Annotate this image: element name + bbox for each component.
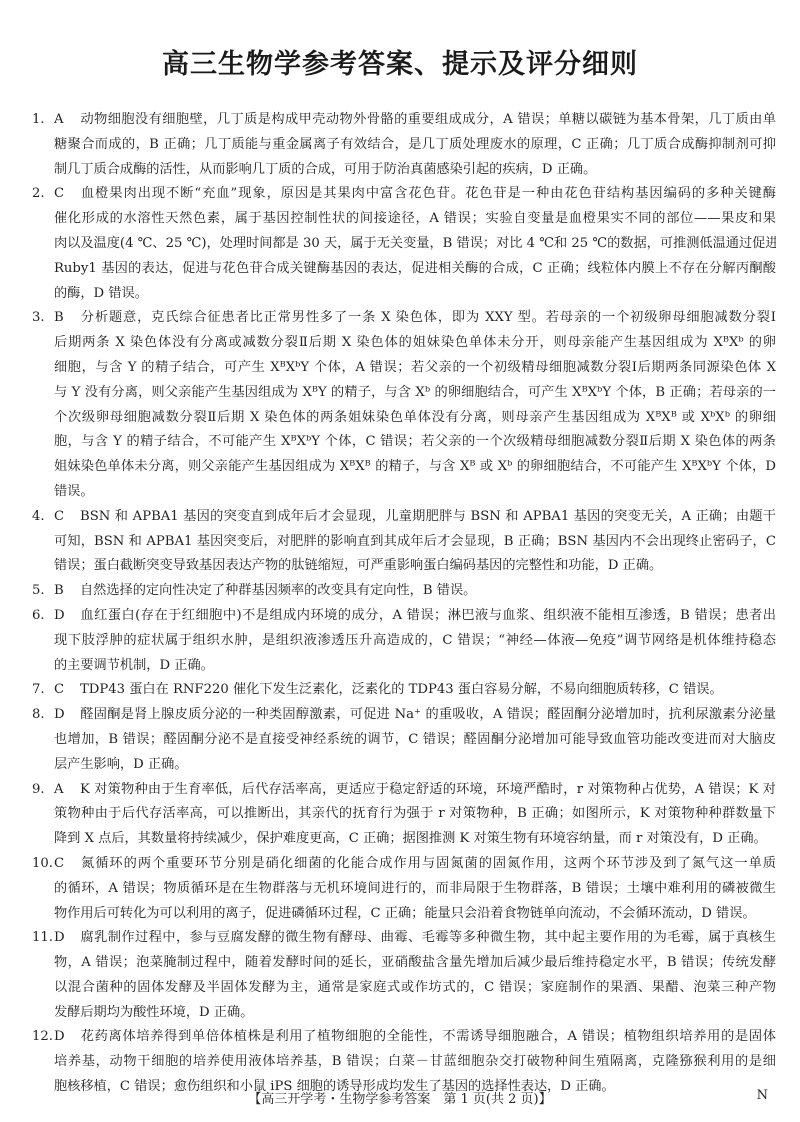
item-text: 培养基，动物干细胞的培养使用液体培养基，B 错误；白菜－甘蓝细胞杂交打破物种间生… [32, 1050, 776, 1075]
item-text: 后期两条 X 染色体没有分离或减数分裂Ⅱ后期 X 染色体的姐妹染色单体未分开，则… [32, 331, 776, 356]
item-text: 物作用后可转化为可以利用的离子，促进磷循环过程，C 正确；能量只会沿着食物链单向… [32, 902, 776, 927]
item-text: 个次级卵母细胞减数分裂Ⅱ后期 X 染色体的两条姐妹染色单体没有分离，则母亲产生基… [32, 406, 776, 431]
item-text: 胞，与含 Y 的精子结合，不可能产生 XᴮXᵇY 个体，C 错误；若父亲的一个次… [32, 430, 776, 455]
item-text: 制几丁质合成酶的活性，从而影响几丁质的合成，可用于防治真菌感染引起的疾病，D 正… [32, 158, 776, 183]
item-text: 血橙果肉出现不断“充血”现象，原因是其果肉中富含花色苷。花色苷是一种由花色苷结构… [80, 186, 776, 201]
item-text: 与 Y 没有分离，则父亲能产生基因组成为 XᴮY 的精子，与含 Xᵇ 的卵细胞结… [32, 381, 776, 406]
item-text: 细胞，与含 Y 的精子结合，可产生 XᴮXᵇY 个体，A 错误；若父亲的一个初级… [32, 356, 776, 381]
item-text: K 对策物种由于生育率低，后代存活率高，更适应于稳定舒适的环境，环境严酷时，r … [80, 782, 776, 797]
answer-item-7: 7.CTDP43 蛋白在 RNF220 催化下发生泛素化，泛素化的 TDP43 … [32, 678, 776, 703]
answer-item-3: 3.B分析题意，克氏综合征患者比正常男性多了一条 X 染色体，即为 XXY 型。… [32, 306, 776, 504]
item-answer: C [54, 182, 80, 207]
item-text: 发酵后期均为酸性环境，D 正确。 [32, 1001, 776, 1026]
item-text: 现下肢浮肿的症状属于组织水肿，是组织液渗透压升高造成的，C 错误；“神经—体液—… [32, 629, 776, 654]
footer-version-mark: N [757, 1088, 768, 1103]
answer-item-10: 10.C氮循环的两个重要环节分别是硝化细菌的化能合成作用与固氮菌的固氮作用，这两… [32, 852, 776, 926]
item-number: 2. [32, 182, 54, 207]
item-text: 花药离体培养得到单倍体植株是利用了植物细胞的全能性，不需诱导细胞融合，A 错误；… [80, 1029, 776, 1044]
item-text: 物，A 错误；泡菜腌制过程中，随着发酵时间的延长，亚硝酸盐含量先增加后减少最后维… [32, 951, 776, 976]
item-text: 腐乳制作过程中，参与豆腐发酵的微生物有酵母、曲霉、毛霉等多种微生物，其中起主要作… [80, 930, 776, 945]
answer-item-4: 4.CBSN 和 APBA1 基因的突变直到成年后才会显现，儿童期肥胖与 BSN… [32, 505, 776, 579]
item-text: 糖聚合而成的，B 正确；几丁质能与重金属离子有效结合，是几丁质处理废水的原理，C… [32, 133, 776, 158]
item-text: 的主要调节机制，D 正确。 [32, 654, 776, 679]
item-text: 姐妹染色单体未分离，则父亲能产生基因组成为 XᴮXᴮ 的精子，与含 Xᴮ 或 X… [32, 455, 776, 480]
item-text: 催化形成的水溶性天然色素，属于基因控制性状的间接途径，A 错误；实验自变量是血橙… [32, 207, 776, 232]
item-number: 8. [32, 703, 54, 728]
item-text: 分析题意，克氏综合征患者比正常男性多了一条 X 染色体，即为 XXY 型。若母亲… [80, 310, 776, 325]
item-answer: B [54, 306, 80, 331]
item-number: 3. [32, 306, 54, 331]
item-text: 降到 X 点后，其数量将持续减少，保护难度更高，C 正确；据图推测 K 对策生物… [32, 827, 776, 852]
item-text: BSN 和 APBA1 基因的突变直到成年后才会显现，儿童期肥胖与 BSN 和 … [80, 509, 776, 524]
answer-item-6: 6.D血红蛋白(存在于红细胞中)不是组成内环境的成分，A 错误；淋巴液与血浆、组… [32, 604, 776, 678]
item-text: 肉以及温度(4 ℃、25 ℃)，处理时间都是 30 天，属于无关变量，B 错误；… [32, 232, 776, 257]
answer-item-9: 9.AK 对策物种由于生育率低，后代存活率高，更适应于稳定舒适的环境，环境严酷时… [32, 778, 776, 852]
item-text: 的酶，D 错误。 [32, 282, 776, 307]
item-text: 错误；蛋白截断突变导致基因表达产物的肽链缩短，可严重影响蛋白编码基因的完整性和功… [32, 554, 776, 579]
item-text: 也增加，B 错误；醛固酮分泌不是直接受神经系统的调节，C 错误；醛固酮分泌增加可… [32, 728, 776, 753]
answer-item-11: 11.D腐乳制作过程中，参与豆腐发酵的微生物有酵母、曲霉、毛霉等多种微生物，其中… [32, 926, 776, 1025]
item-text: 策物种由于后代存活率高，可以推断出，其亲代的抚育行为强于 r 对策物种，B 正确… [32, 802, 776, 827]
answer-item-2: 2.C血橙果肉出现不断“充血”现象，原因是其果肉中富含花色苷。花色苷是一种由花色… [32, 182, 776, 306]
answer-item-5: 5.B自然选择的定向性决定了种群基因频率的改变具有定向性，B 错误。 [32, 579, 776, 604]
item-text: 自然选择的定向性决定了种群基因频率的改变具有定向性，B 错误。 [80, 583, 476, 598]
item-text: 层产生影响，D 正确。 [32, 753, 776, 778]
item-answer: A [54, 778, 80, 803]
item-number: 6. [32, 604, 54, 629]
item-answer: A [54, 108, 80, 133]
item-answer: C [54, 852, 80, 877]
item-answer: D [54, 1025, 80, 1050]
item-answer: C [54, 678, 80, 703]
item-number: 12. [32, 1025, 54, 1050]
item-text: TDP43 蛋白在 RNF220 催化下发生泛素化，泛素化的 TDP43 蛋白容… [80, 682, 723, 697]
item-number: 11. [32, 926, 54, 951]
item-answer: B [54, 579, 80, 604]
page-title: 高三生物学参考答案、提示及评分细则 [0, 42, 800, 81]
item-answer: D [54, 926, 80, 951]
answer-item-8: 8.D醛固酮是肾上腺皮质分泌的一种类固醇激素，可促进 Na⁺ 的重吸收，A 错误… [32, 703, 776, 777]
item-number: 1. [32, 108, 54, 133]
item-number: 5. [32, 579, 54, 604]
item-text: 动物细胞没有细胞壁，几丁质是构成甲壳动物外骨骼的重要组成成分，A 错误；单糖以碳… [80, 112, 776, 127]
footer-page-info: 【高三开学考・生物学参考答案 第 1 页(共 2 页)】 [0, 1088, 800, 1107]
item-number: 7. [32, 678, 54, 703]
answer-list: 1.A动物细胞没有细胞壁，几丁质是构成甲壳动物外骨骼的重要组成成分，A 错误；单… [32, 108, 776, 1100]
item-text: 醛固酮是肾上腺皮质分泌的一种类固醇激素，可促进 Na⁺ 的重吸收，A 错误；醛固… [80, 707, 776, 722]
answer-item-1: 1.A动物细胞没有细胞壁，几丁质是构成甲壳动物外骨骼的重要组成成分，A 错误；单… [32, 108, 776, 182]
item-text: 的循环，A 错误；物质循环是在生物群落与无机环境间进行的，而非局限于生物群落，B… [32, 877, 776, 902]
item-number: 4. [32, 505, 54, 530]
item-text: Ruby1 基因的表达，促进与花色苷合成关键酶基因的表达，促进相关酶的合成，C … [32, 257, 776, 282]
item-answer: D [54, 703, 80, 728]
item-text: 氮循环的两个重要环节分别是硝化细菌的化能合成作用与固氮菌的固氮作用，这两个环节涉… [80, 856, 776, 871]
item-text: 以混合菌种的固体发酵及半固体发酵为主，通常是家庭式或作坊式的，C 错误；家庭制作… [32, 976, 776, 1001]
item-number: 9. [32, 778, 54, 803]
item-text: 血红蛋白(存在于红细胞中)不是组成内环境的成分，A 错误；淋巴液与血浆、组织液不… [80, 608, 776, 623]
item-answer: C [54, 505, 80, 530]
item-text: 可知，BSN 和 APBA1 基因突变后，对肥胖的影响直到其成年后才会显现，B … [32, 530, 776, 555]
item-answer: D [54, 604, 80, 629]
item-text: 错误。 [32, 480, 776, 505]
item-number: 10. [32, 852, 54, 877]
